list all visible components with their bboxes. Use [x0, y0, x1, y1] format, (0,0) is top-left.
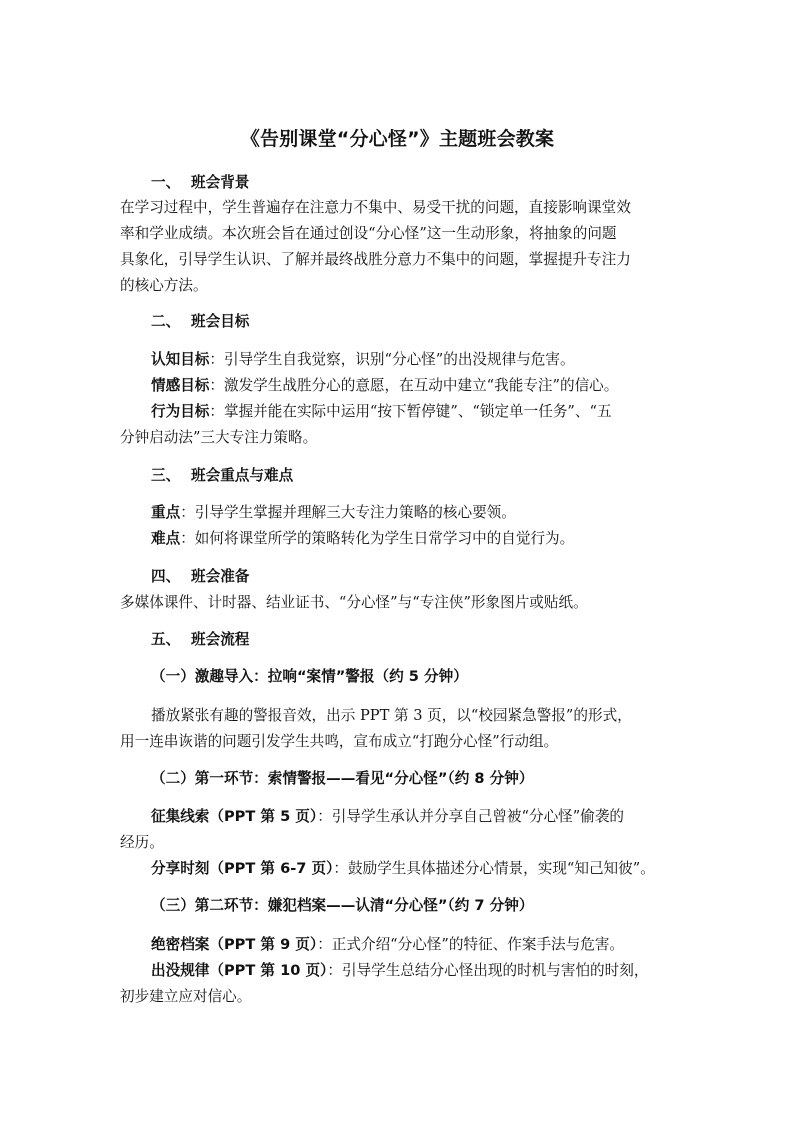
item-label: 难点 — [151, 530, 180, 547]
section-title: 班会流程 — [191, 631, 249, 648]
paragraph-line: 多媒体课件、计时器、结业证书、“分心怪”与“专注侠”形象图片或贴纸。 — [120, 590, 588, 616]
item-label: 征集线索（PPT 第 5 页） — [151, 808, 317, 825]
paragraph-line: 分钟启动法”三大专注力策略。 — [120, 425, 317, 451]
paragraph-line: 率和学业成绩。本次班会旨在通过创设“分心怪”这一生动形象，将抽象的问题 — [120, 221, 617, 247]
item-label: 情感目标 — [151, 377, 209, 394]
item-text: ：激发学生战胜分心的意愿，在互动中建立“我能专注”的信心。 — [209, 377, 618, 394]
section-number: 一、 — [151, 170, 191, 196]
section-title: 班会背景 — [191, 174, 249, 191]
item-text: ：引导学生掌握并理解三大专注力策略的核心要领。 — [180, 504, 516, 521]
subsection-heading: （一）激趣导入：拉响“案情”警报（约 5 分钟） — [151, 664, 468, 690]
item-text: ：掌握并能在实际中运用“按下暂停键”、“锁定单一任务”、“五 — [209, 403, 611, 420]
goal-item-emotional: 情感目标：激发学生战胜分心的意愿，在互动中建立“我能专注”的信心。 — [151, 373, 618, 399]
item-text: ：鼓励学生具体描述分心情景，实现“知己知彼”。 — [333, 860, 654, 877]
section-heading-goals: 二、班会目标 — [151, 309, 249, 335]
item-text: ：引导学生总结分心怪出现的时机与害怕的时刻， — [327, 962, 648, 979]
item-label: 行为目标 — [151, 403, 209, 420]
subsection-heading: （二）第一环节：索情警报——看见“分心怪”（约 8 分钟） — [151, 766, 533, 792]
document-title: 《告别课堂“分心怪”》主题班会教案 — [120, 124, 675, 151]
item-label: 出没规律（PPT 第 10 页） — [151, 962, 327, 979]
section-title: 班会目标 — [191, 313, 249, 330]
step-item: 征集线索（PPT 第 5 页）：引导学生承认并分享自己曾被“分心怪”偷袭的 — [151, 804, 624, 830]
focus-item-key: 重点：引导学生掌握并理解三大专注力策略的核心要领。 — [151, 500, 516, 526]
focus-item-difficulty: 难点：如何将课堂所学的策略转化为学生日常学习中的自觉行为。 — [151, 526, 574, 552]
goal-item-cognitive: 认知目标：引导学生自我觉察，识别“分心怪”的出没规律与危害。 — [151, 347, 575, 373]
section-heading-preparation: 四、班会准备 — [151, 564, 249, 590]
section-number: 五、 — [151, 627, 191, 653]
paragraph-line: 的核心方法。 — [120, 273, 208, 299]
paragraph-line: 播放紧张有趣的警报音效，出示 PPT 第 3 页，以“校园紧急警报”的形式， — [151, 703, 632, 729]
item-label: 认知目标 — [151, 351, 209, 368]
section-number: 二、 — [151, 309, 191, 335]
paragraph-line: 在学习过程中，学生普遍存在注意力不集中、易受干扰的问题，直接影响课堂效 — [120, 195, 631, 221]
section-heading-focus: 三、班会重点与难点 — [151, 463, 293, 489]
item-text: ：引导学生自我觉察，识别“分心怪”的出没规律与危害。 — [209, 351, 574, 368]
section-number: 三、 — [151, 463, 191, 489]
section-heading-process: 五、班会流程 — [151, 627, 249, 653]
section-number: 四、 — [151, 564, 191, 590]
section-title: 班会准备 — [191, 568, 249, 585]
item-label: 绝密档案（PPT 第 9 页） — [151, 936, 317, 953]
item-text: ：正式介绍“分心怪”的特征、作案手法与危害。 — [317, 936, 624, 953]
paragraph-line: 用一连串诙谐的问题引发学生共鸣，宣布成立“打跑分心怪”行动组。 — [120, 729, 558, 755]
step-item: 出没规律（PPT 第 10 页）：引导学生总结分心怪出现的时机与害怕的时刻， — [151, 958, 648, 984]
goal-item-behavior: 行为目标：掌握并能在实际中运用“按下暂停键”、“锁定单一任务”、“五 — [151, 399, 612, 425]
section-heading-background: 一、班会背景 — [151, 170, 249, 196]
item-text: ：如何将课堂所学的策略转化为学生日常学习中的自觉行为。 — [180, 530, 574, 547]
paragraph-line: 经历。 — [120, 830, 164, 856]
step-item: 绝密档案（PPT 第 9 页）：正式介绍“分心怪”的特征、作案手法与危害。 — [151, 932, 624, 958]
item-text: ：引导学生承认并分享自己曾被“分心怪”偷袭的 — [317, 808, 624, 825]
item-label: 分享时刻（PPT 第 6-7 页） — [151, 860, 333, 877]
step-item: 分享时刻（PPT 第 6-7 页）：鼓励学生具体描述分心情景，实现“知己知彼”。 — [151, 856, 655, 882]
paragraph-line: 初步建立应对信心。 — [120, 984, 251, 1010]
subsection-heading: （三）第二环节：嫌犯档案——认清“分心怪”（约 7 分钟） — [151, 893, 533, 919]
section-title: 班会重点与难点 — [191, 467, 293, 484]
item-label: 重点 — [151, 504, 180, 521]
paragraph-line: 具象化，引导学生认识、了解并最终战胜分意力不集中的问题，掌握提升专注力 — [120, 247, 631, 273]
